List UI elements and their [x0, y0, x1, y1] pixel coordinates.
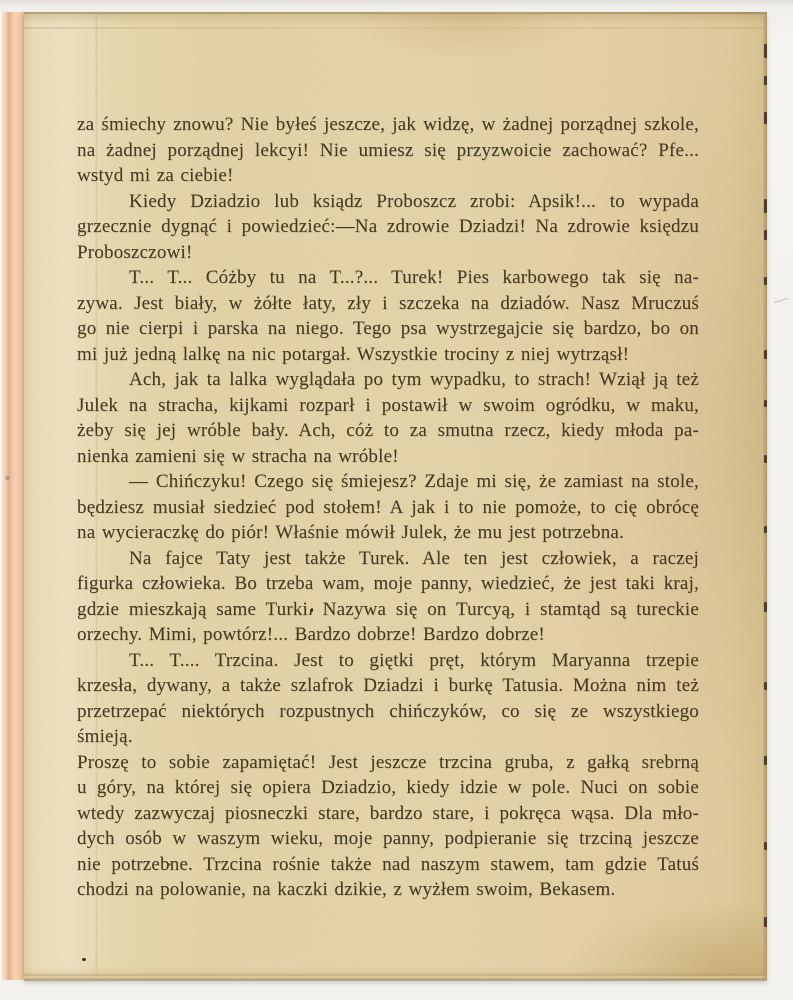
- paragraph: Ach, jak ta lalka wyglądała po tym wypad…: [77, 367, 699, 469]
- text-line: chodzi na polowanie, na kaczki dzikie, z…: [77, 877, 699, 903]
- text-line: go nie cierpi i parska na niego. Tego ps…: [77, 316, 699, 342]
- text-line: Kiedy Dziadzio lub ksiądz Proboszcz zrob…: [77, 189, 699, 215]
- page-edge-marks: [763, 14, 767, 980]
- text-line: na wycieraczkę do piór! Właśnie mówił Ju…: [77, 520, 699, 546]
- dust-speck: [5, 476, 10, 480]
- text-line: Proboszczowi!: [77, 240, 699, 266]
- paragraph: T... T... Cóżby tu na T...?... Turek! Pi…: [77, 265, 699, 367]
- text-line: figurka człowieka. Bo trzeba wam, moje p…: [77, 571, 699, 597]
- text-line: Proszę to sobie zapamiętać! Jest jeszcze…: [77, 750, 699, 776]
- text-line: za śmiechy znowu? Nie byłeś jeszcze, jak…: [77, 112, 699, 138]
- text-line: gdzie mieszkają same Turki. Nazywa się o…: [77, 597, 699, 623]
- text-line: T... T... Cóżby tu na T...?... Turek! Pi…: [77, 265, 699, 291]
- ink-speck: [168, 863, 171, 866]
- ink-speck: [82, 958, 86, 961]
- text-line: u góry, na której się opiera Dziadzio, k…: [77, 775, 699, 801]
- text-line: wstyd mi za ciebie!: [77, 163, 699, 189]
- text-line: Julek na stracha, kijkami rozparł i post…: [77, 393, 699, 419]
- paragraph: — Chińczyku! Czego się śmiejesz? Zdaje m…: [77, 469, 699, 546]
- page-stack-bottom-edges: [24, 973, 767, 980]
- scanned-book-spread: za śmiechy znowu? Nie byłeś jeszcze, jak…: [0, 0, 793, 1000]
- paragraph: Kiedy Dziadzio lub ksiądz Proboszcz zrob…: [77, 189, 699, 266]
- underpage-edge-line: [24, 27, 767, 29]
- text-line: mi już jedną lalkę na nic potargał. Wszy…: [77, 342, 699, 368]
- text-line: przetrzepać niektórych rozpustnych chińc…: [77, 699, 699, 750]
- text-line: zywa. Jest biały, w żółte łaty, zły i sz…: [77, 291, 699, 317]
- text-line: orzechy. Mimi, powtórz!... Bardzo dobrze…: [77, 622, 699, 648]
- scanner-scratch: [774, 298, 788, 303]
- text-line: będziesz musiał siedzieć pod stołem! A j…: [77, 495, 699, 521]
- book-page: za śmiechy znowu? Nie byłeś jeszcze, jak…: [24, 12, 767, 980]
- text-line: na żadnej porządnej lekcyi! Nie umiesz s…: [77, 138, 699, 164]
- text-line: dych osób w waszym wieku, moje panny, po…: [77, 826, 699, 852]
- page-text: za śmiechy znowu? Nie byłeś jeszcze, jak…: [77, 112, 699, 903]
- text-line: — Chińczyku! Czego się śmiejesz? Zdaje m…: [77, 469, 699, 495]
- text-line: Ach, jak ta lalka wyglądała po tym wypad…: [77, 367, 699, 393]
- text-line: krzesła, dywany, a także szlafrok Dziadz…: [77, 673, 699, 699]
- book-spine-edge: [0, 12, 24, 980]
- text-line: T... T.... Trzcina. Jest to giętki pręt,…: [77, 648, 699, 674]
- paragraph: za śmiechy znowu? Nie byłeś jeszcze, jak…: [77, 112, 699, 189]
- text-line: Na fajce Taty jest także Turek. Ale ten …: [77, 546, 699, 572]
- paragraph: Na fajce Taty jest także Turek. Ale ten …: [77, 546, 699, 648]
- text-line: wtedy zazwyczaj piosneczki stare, bardzo…: [77, 801, 699, 827]
- text-line: grzecznie dygnąć i powiedzieć:—Na zdrowi…: [77, 214, 699, 240]
- text-line: nienka zamieni się w stracha na wróble!: [77, 444, 699, 470]
- text-line: żeby się jej wróble bały. Ach, cóż to za…: [77, 418, 699, 444]
